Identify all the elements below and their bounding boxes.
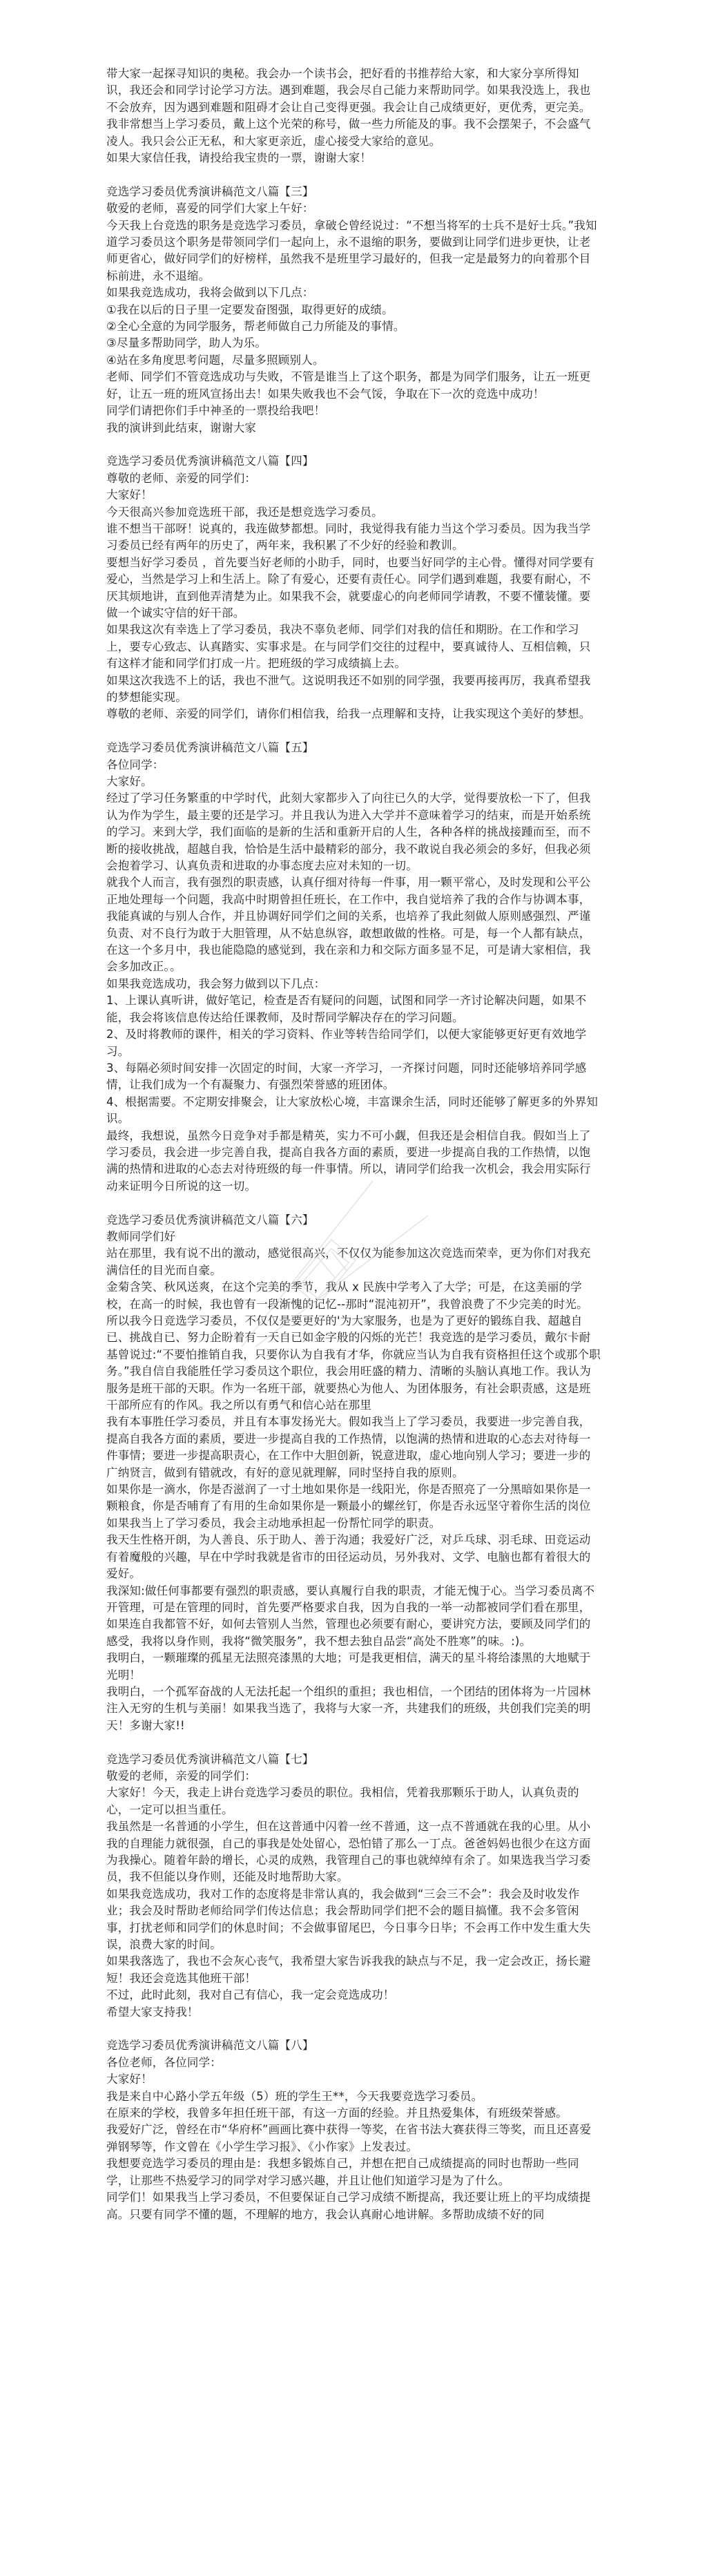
list-item: 2、及时将教师的课件，相关的学习资料、作业等转告给同学们，以便大家能够更好更有效… [106,1026,601,1060]
paragraph: 所以我今日竞选学习委员，不仅仅是要更好的'为大家服务，也是为了更好的锻练自我、超… [106,1313,601,1414]
paragraph: 各位同学： [106,757,601,773]
paragraph: 如果我落选了，我也不会灰心丧气，我希望大家告诉我我的缺点与不足，我一定会改正，扬… [106,1953,601,1987]
paragraph: 带大家一起探寻知识的奥秘。我会办一个读书会，把好看的书推荐给大家，和大家分享所得… [106,66,601,116]
document-page: 带大家一起探寻知识的奥秘。我会办一个读书会，把好看的书推荐给大家，和大家分享所得… [106,66,601,2223]
list-item: ③尽量多帮助同学，助人为乐。 [106,335,601,352]
paragraph: 大家好！ [106,487,601,503]
paragraph: 如果我竞选成功，我会努力做到以下几点： [106,976,601,992]
list-item: ②全心全意的为同学服务，帮老师做自己力所能及的事情。 [106,318,601,335]
section-7: 竞选学习委员优秀演讲稿范文八篇【七】 敬爱的老师，亲爱的同学们： 大家好！今天，… [106,1751,601,2021]
paragraph: 站在那里，我有说不出的激动，感觉很高兴，不仅仅为能参加这次竞选而荣幸，更为你们对… [106,1245,601,1279]
paragraph: 我的演讲到此结束，谢谢大家 [106,420,601,436]
paragraph: 老师、同学们不管竞选成功与失败，不管是谁当上了这个职务，都是为同学们服务，让五一… [106,369,601,403]
paragraph: 今天很高兴参加竞选班干部，我还是想竞选学习委员。 [106,504,601,521]
section-title: 竞选学习委员优秀演讲稿范文八篇【四】 [106,453,601,470]
paragraph: 我非常想当上学习委员，戴上这个光荣的称号，做一些力所能及的事。我不会摆架子，不会… [106,116,601,150]
section-6: 竞选学习委员优秀演讲稿范文八篇【六】 教师同学们好 站在那里，我有说不出的激动，… [106,1212,601,1735]
list-item: 1、上课认真听讲，做好笔记，检查是否有疑问的问题，试图和同学一齐讨论解决问题，如… [106,992,601,1026]
list-item: 3、每隔必须时间安排一次固定的时间，大家一齐学习，一齐探讨问题，同时还能够培养同… [106,1060,601,1094]
paragraph: 今天我上台竞选的职务是竞选学习委员，拿破仑曾经说过：“不想当将军的士兵不是好士兵… [106,218,601,285]
paragraph: 不过，此时此刻，我对自己有信心，我一定会竞选成功！ [106,1987,601,2003]
paragraph: 谁不想当干部呀！说真的，我连做梦都想。同时，我觉得我有能力当这个学习委员。因为我… [106,521,601,555]
paragraph: 教师同学们好 [106,1229,601,1245]
paragraph: 如果你是一滴水，你是否滋润了一寸土地如果你是一线阳光，你是否照亮了一分黑暗如果你… [106,1481,601,1532]
intro-block: 带大家一起探寻知识的奥秘。我会办一个读书会，把好看的书推荐给大家，和大家分享所得… [106,66,601,166]
paragraph: 我天生性格开朗，为人善良、乐于助人、善于沟通；我爱好广泛，对乒乓球、羽毛球、田竞… [106,1532,601,1582]
paragraph: 我明白，一个孤军奋战的人无法托起一个组织的重担；我也相信，一个团结的团体将为一片… [106,1684,601,1734]
paragraph: 如果大家信任我，请投给我宝贵的一票，谢谢大家！ [106,150,601,166]
paragraph: 各位老师，各位同学： [106,2055,601,2071]
paragraph: 尊敬的老师、亲爱的同学们，请你们相信我，给我一点理解和支持，让我实现这个美好的梦… [106,706,601,722]
section-title: 竞选学习委员优秀演讲稿范文八篇【七】 [106,1751,601,1768]
list-item: 4、根据需要。不定期安排聚会，让大家放松心境，丰富课余生活，同时还能够了解更多的… [106,1094,601,1128]
section-title: 竞选学习委员优秀演讲稿范文八篇【五】 [106,740,601,756]
paragraph: 敬爱的老师，喜爱的同学们大家上午好： [106,200,601,217]
section-8: 竞选学习委员优秀演讲稿范文八篇【八】 各位老师，各位同学： 大家好！ 我是来自中… [106,2037,601,2222]
paragraph: 如果我竞选成功，我对工作的态度将是非常认真的，我会做到“三会三不会”：我会及时收… [106,1886,601,1954]
section-3: 竞选学习委员优秀演讲稿范文八篇【三】 敬爱的老师，喜爱的同学们大家上午好： 今天… [106,184,601,436]
paragraph: 金菊含笑、秋风送爽，在这个完美的季节，我从 x 民族中学考入了大学；可是，在这美… [106,1279,601,1313]
paragraph: 如果我这次有幸选上了学习委员，我决不辜负老师、同学们对我的信任和期盼。在工作和学… [106,622,601,672]
paragraph: 就我个人而言，我有强烈的职责感，认真仔细对待每一件事，用一颗平常心，及时发现和公… [106,874,601,975]
paragraph: 经过了学习任务繁重的中学时代，此刻大家都步入了向往已久的大学，觉得要放松一下了，… [106,790,601,874]
paragraph: 最终，我想说，虽然今日竞争对手都是精英，实力不可小觑，但我还是会相信自我。假如当… [106,1128,601,1195]
paragraph: 在原来的学校，我曾多年担任班干部，有这一方面的经验。并且热爱集体，有班级荣誉感。 [106,2105,601,2122]
paragraph: 希望大家支持我！ [106,2004,601,2021]
paragraph: 我虽然是一名普通的小学生，但在这普通中闪着一丝不普通，这一点不普通就在我的心里。… [106,1818,601,1886]
section-5: 竞选学习委员优秀演讲稿范文八篇【五】 各位同学： 大家好。 经过了学习任务繁重的… [106,740,601,1195]
section-4: 竞选学习委员优秀演讲稿范文八篇【四】 尊敬的老师、亲爱的同学们： 大家好！ 今天… [106,453,601,723]
paragraph: 我明白，一颗璀璨的孤星无法照亮漆黑的大地；可是我更相信，满天的星斗将给漆黑的大地… [106,1650,601,1684]
paragraph: 大家好！ [106,2071,601,2088]
paragraph: 我想要竞选学习委员的理由是：我想多锻炼自己，并想在把自己成绩提高的同时也帮助一些… [106,2155,601,2189]
paragraph: 敬爱的老师，亲爱的同学们： [106,1768,601,1785]
paragraph: 我有本事胜任学习委员，并且有本事发扬光大。假如我当上了学习委员，我要进一步完善自… [106,1414,601,1481]
list-item: ①我在以后的日子里一定要发奋图强，取得更好的成绩。 [106,302,601,318]
paragraph: 我深知:做任何事都要有强烈的职责感，要认真履行自我的职责，才能无愧于心。当学习委… [106,1583,601,1651]
paragraph: 大家好。 [106,773,601,790]
paragraph: 尊敬的老师、亲爱的同学们： [106,470,601,487]
paragraph: 我是来自中心路小学五年级（5）班的学生王**，今天我要竞选学习委员。 [106,2088,601,2105]
section-title: 竞选学习委员优秀演讲稿范文八篇【六】 [106,1212,601,1229]
paragraph: 如果这次我选不上的话，我也不泄气。这说明我还不如别的同学强，我要再接再厉，我真希… [106,673,601,707]
paragraph: 同学们请把你们手中神圣的一票投给我吧！ [106,403,601,419]
paragraph: 同学们！如果我当上学习委员，不但要保证自己学习成绩不断提高，我还要让班上的平均成… [106,2189,601,2223]
paragraph: 大家好！今天，我走上讲台竞选学习委员的职位。我相信，凭着我那颗乐于助人，认真负责… [106,1785,601,1818]
section-title: 竞选学习委员优秀演讲稿范文八篇【八】 [106,2037,601,2054]
paragraph: 我爱好广泛，曾经在市“华府杯”画画比赛中获得一等奖，在省书法大赛获得三等奖，而且… [106,2122,601,2155]
paragraph: 如果我竞选成功，我将会做到以下几点： [106,285,601,301]
paragraph: 要想当好学习委员 ，首先要当好老师的小助手，同时，也要当好同学的主心骨。懂得对同… [106,555,601,622]
section-title: 竞选学习委员优秀演讲稿范文八篇【三】 [106,184,601,200]
list-item: ④站在多角度思考问题，尽量多照顾别人。 [106,352,601,369]
